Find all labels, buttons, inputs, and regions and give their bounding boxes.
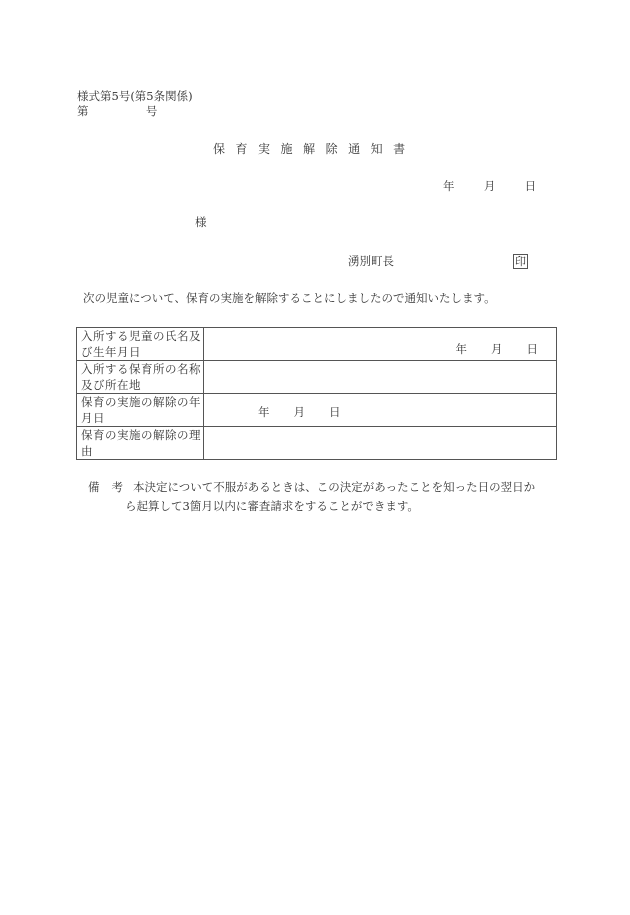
row-value-cancel-date[interactable]: 年月日: [204, 394, 557, 427]
title-char: 除: [326, 143, 338, 155]
title-char: 知: [371, 143, 383, 155]
date-year: 年: [443, 179, 455, 193]
date-month: 月: [294, 404, 306, 420]
row-value-facility[interactable]: [204, 361, 557, 394]
remarks-line-1: 本決定について不服があるときは、この決定があったことを知った日の翌日か: [133, 480, 535, 494]
title-char: 書: [393, 143, 405, 155]
table-row: 入所する保育所の名称及び所在地: [77, 361, 557, 394]
title-char: 育: [236, 143, 248, 155]
issue-date: 年 月 日: [443, 181, 536, 193]
addressee-honorific: 様: [195, 217, 207, 229]
table-row: 保育の実施の解除の理由: [77, 427, 557, 460]
row-value-reason[interactable]: [204, 427, 557, 460]
document-number: 第 号: [77, 106, 157, 118]
title-char: 保: [213, 143, 225, 155]
date-day: 日: [525, 179, 537, 193]
title-char: 解: [303, 143, 315, 155]
birthdate-date: 年月日: [456, 341, 539, 357]
row-label: 保育の実施の解除の年月日: [77, 394, 204, 427]
date-month: 月: [484, 179, 496, 193]
cancel-date: 年月日: [258, 404, 341, 420]
row-label: 入所する児童の氏名及び生年月日: [77, 328, 204, 361]
remarks-line-2: ら起算して3箇月以内に審査請求をすることができます。: [125, 499, 419, 513]
row-value-child-name-birthdate[interactable]: 年月日: [204, 328, 557, 361]
seal-mark: 印: [513, 254, 528, 269]
page-title: 保育実施解除通知書: [213, 143, 416, 156]
date-year: 年: [456, 341, 468, 357]
row-label: 入所する保育所の名称及び所在地: [77, 361, 204, 394]
doc-number-suffix: 号: [146, 104, 158, 118]
date-day: 日: [329, 404, 341, 420]
doc-number-prefix: 第: [77, 104, 89, 118]
row-label: 保育の実施の解除の理由: [77, 427, 204, 460]
title-char: 実: [258, 143, 270, 155]
date-year: 年: [258, 404, 270, 420]
remarks-label-2: 考: [112, 480, 124, 494]
date-month: 月: [491, 341, 503, 357]
remarks-label-1: 備: [88, 480, 100, 494]
title-char: 通: [348, 143, 360, 155]
date-day: 日: [527, 341, 539, 357]
table-row: 保育の実施の解除の年月日 年月日: [77, 394, 557, 427]
body-text: 次の児童について、保育の実施を解除することにしましたので通知いたします。: [83, 293, 496, 305]
table-row: 入所する児童の氏名及び生年月日 年月日: [77, 328, 557, 361]
info-table: 入所する児童の氏名及び生年月日 年月日 入所する保育所の名称及び所在地 保育の実…: [76, 327, 557, 460]
form-number: 様式第5号(第5条関係): [77, 91, 193, 103]
remarks: 備考本決定について不服があるときは、この決定があったことを知った日の翌日か ら起…: [88, 478, 535, 516]
issuer-name: 湧別町長: [348, 256, 394, 268]
title-char: 施: [281, 143, 293, 155]
